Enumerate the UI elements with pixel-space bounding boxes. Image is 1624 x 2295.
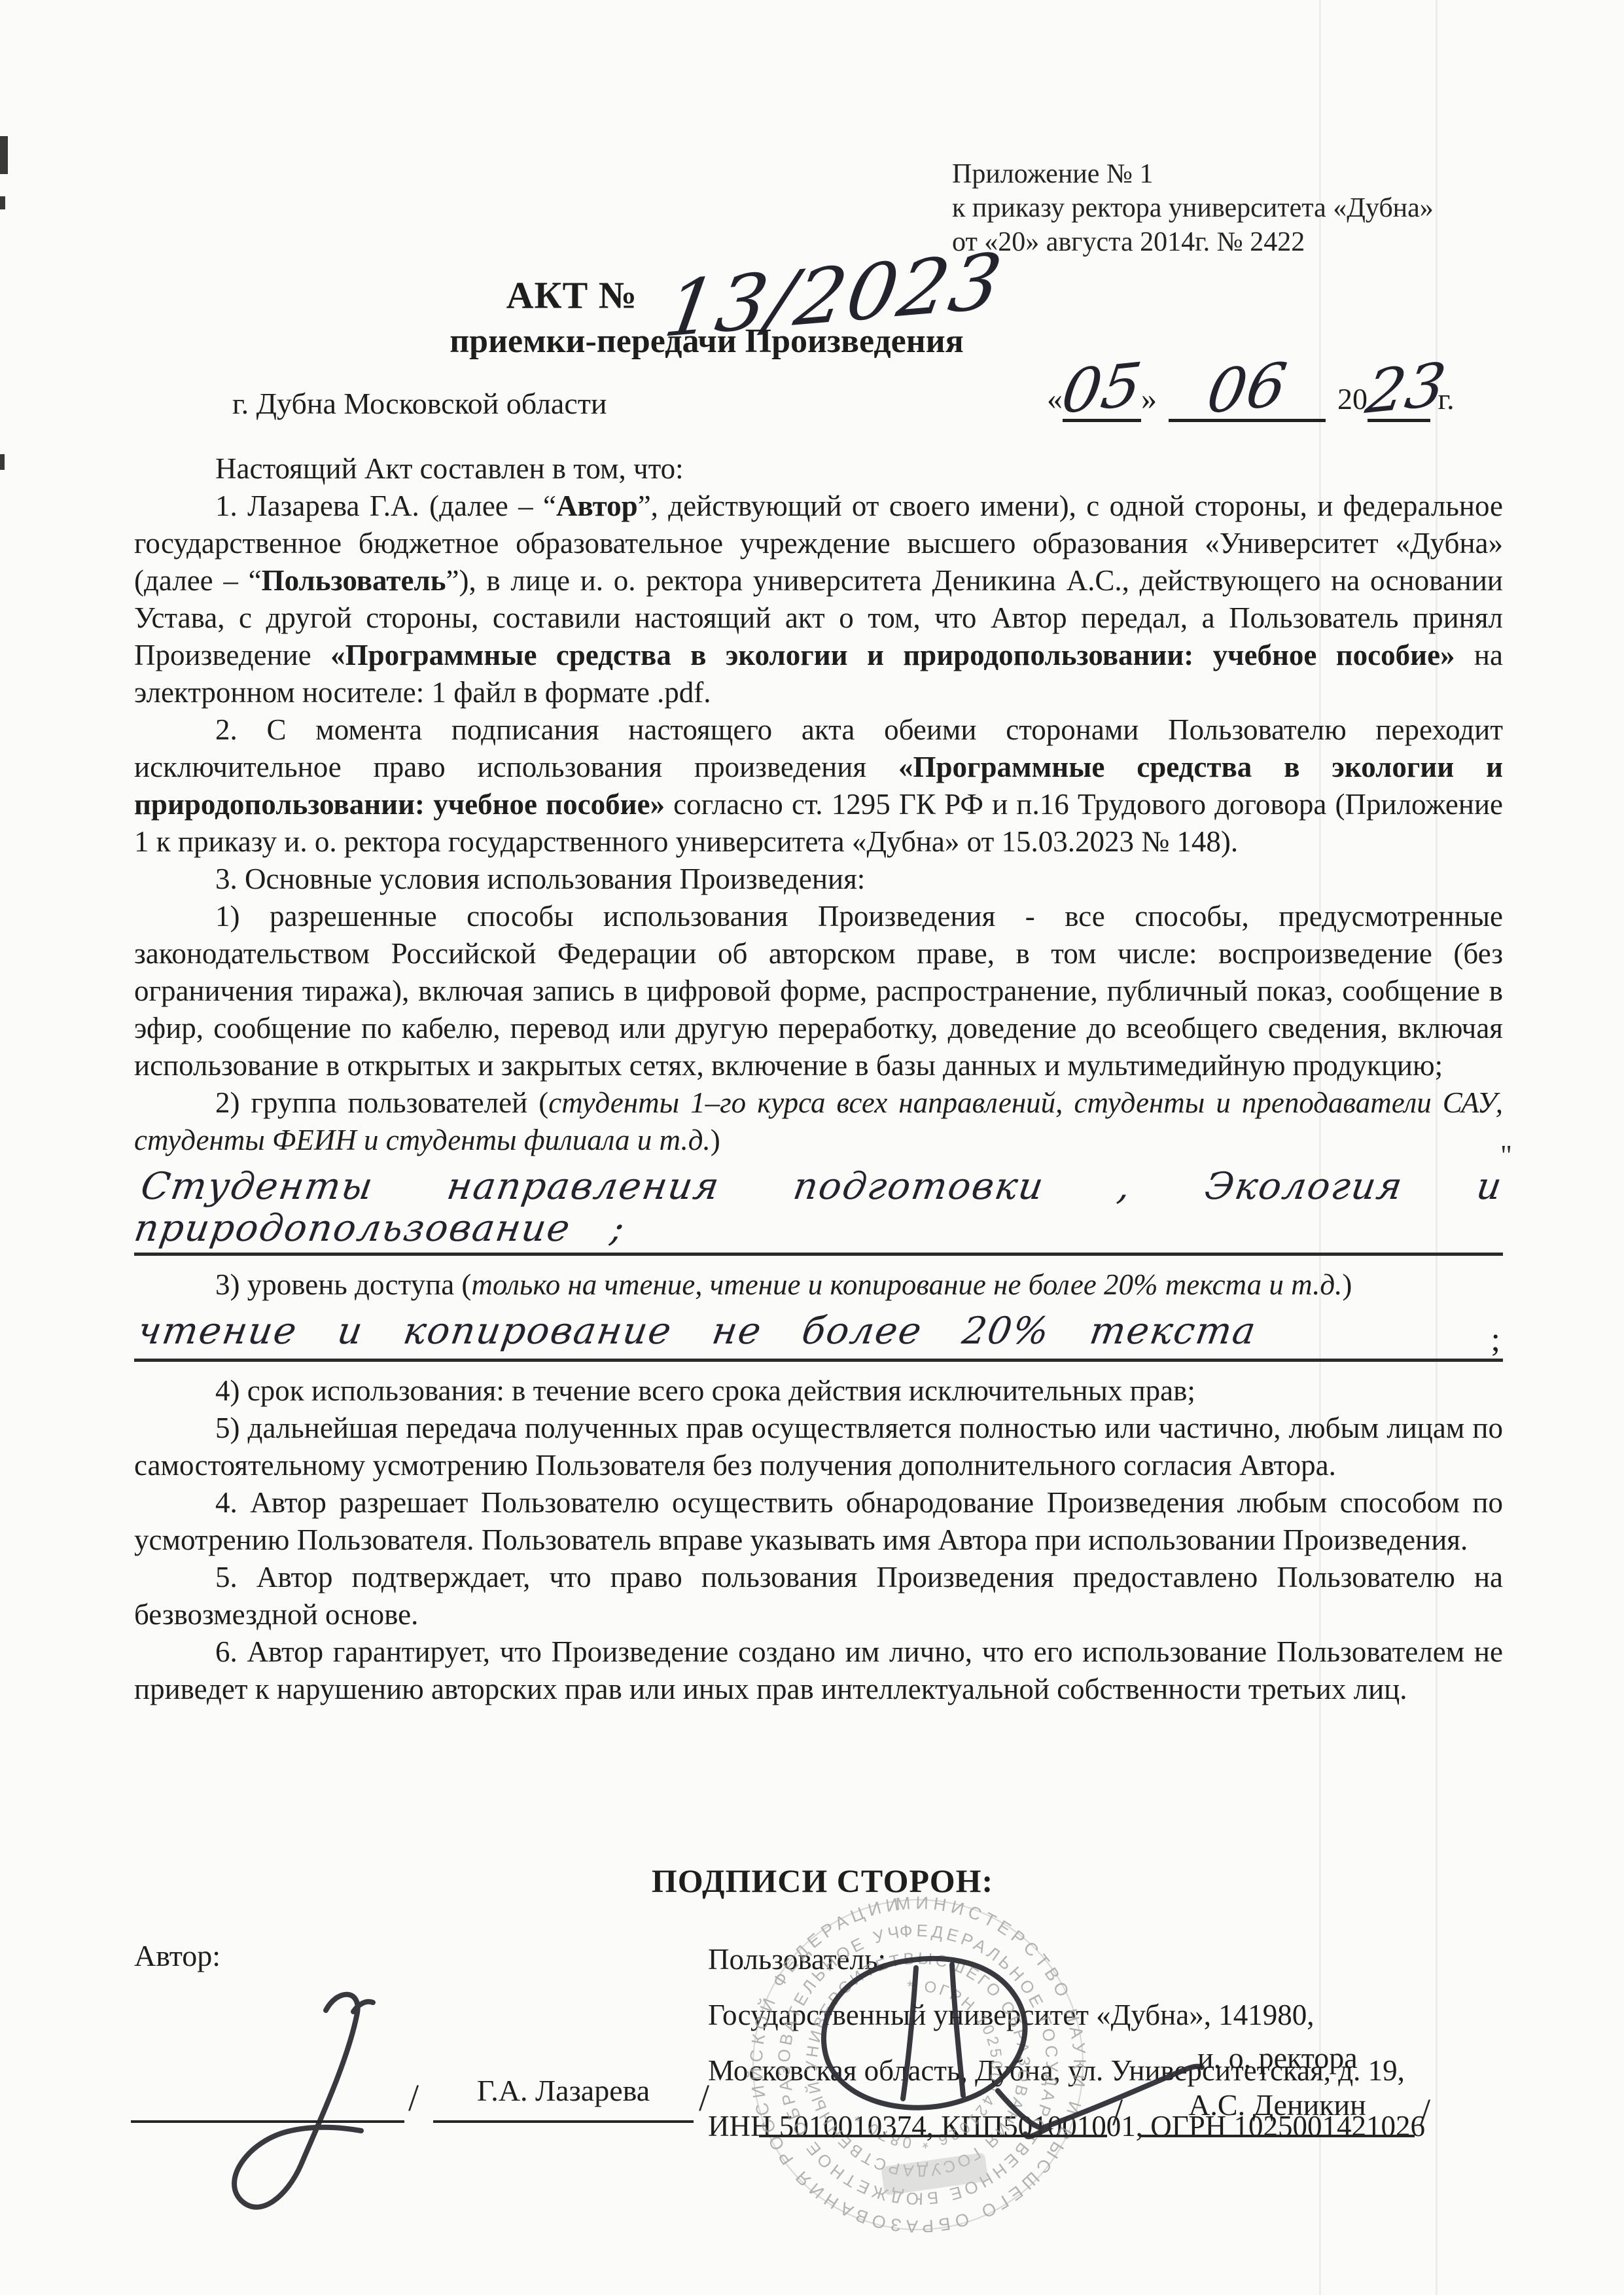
paragraph: 2. С момента подписания настоящего акта … — [134, 711, 1503, 861]
slash-separator: / — [1420, 2090, 1430, 2134]
paragraph: 3) уровень доступа (только на чтение, чт… — [134, 1266, 1503, 1304]
rector-title: и. о. ректора — [1197, 2040, 1358, 2075]
document-subtitle: приемки-передачи Произведения — [0, 322, 1413, 361]
paragraph: 4. Автор разрешает Пользователю осуществ… — [134, 1484, 1503, 1559]
slash-separator: / — [408, 2076, 419, 2120]
author-name-line — [433, 2120, 694, 2123]
handwritten-line: Студенты направления подготовки , Эколог… — [134, 1164, 1503, 1256]
month-handwritten: 06 — [1204, 355, 1291, 423]
appendix-line-3: от «20» августа 2014г. № 2422 — [952, 225, 1574, 259]
scan-speck — [0, 454, 5, 470]
author-name: Г.А. Лазарева — [433, 2073, 694, 2108]
paragraph: 4) срок использования: в течение всего с… — [134, 1372, 1503, 1410]
appendix-header: Приложение № 1 к приказу ректора универс… — [952, 157, 1574, 259]
author-label: Автор: — [134, 1938, 221, 1973]
act-label: АКТ № — [506, 274, 637, 317]
author-signature-line — [131, 2120, 404, 2123]
paragraph: 1. Лазарева Г.А. (далее – “Автор”, дейст… — [134, 488, 1503, 711]
year-handwritten: 23 — [1362, 355, 1449, 423]
scan-speck — [0, 196, 5, 209]
scan-speck — [0, 136, 8, 174]
paragraph: 6. Автор гарантирует, что Произведение с… — [134, 1633, 1503, 1708]
rector-name: А.С. Деникин — [1140, 2088, 1415, 2122]
paragraph: 2) группа пользователей (студенты 1–го к… — [134, 1084, 1503, 1159]
handwritten-line: чтение и копирование не более 20% текста… — [134, 1309, 1503, 1362]
year-century: 20 — [1337, 382, 1368, 416]
paragraph: 5. Автор подтверждает, что право пользов… — [134, 1559, 1503, 1633]
appendix-line-1: Приложение № 1 — [952, 157, 1574, 191]
paragraph: 3. Основные условия использования Произв… — [134, 861, 1503, 898]
paragraph: 5) дальнейшая передача полученных прав о… — [134, 1410, 1503, 1484]
document-body: Настоящий Акт составлен в том, что:1. Ла… — [134, 450, 1503, 1708]
scanned-document-page: Приложение № 1 к приказу ректора универс… — [0, 0, 1624, 2295]
slash-separator: / — [1112, 2090, 1123, 2134]
date-line: «05»062023 г. — [1047, 359, 1455, 422]
rector-signature-line — [759, 2135, 1107, 2137]
place-line: г. Дубна Московской области — [232, 386, 607, 421]
appendix-line-2: к приказу ректора университета «Дубна» — [952, 191, 1574, 225]
quote-close: » — [1141, 382, 1157, 416]
paragraph: 1) разрешенные способы использования Про… — [134, 898, 1503, 1084]
day-handwritten: 05 — [1059, 355, 1146, 423]
slash-separator: / — [699, 2076, 709, 2120]
rector-name-line — [1140, 2135, 1415, 2137]
paragraph: Настоящий Акт составлен в том, что: — [134, 450, 1503, 488]
